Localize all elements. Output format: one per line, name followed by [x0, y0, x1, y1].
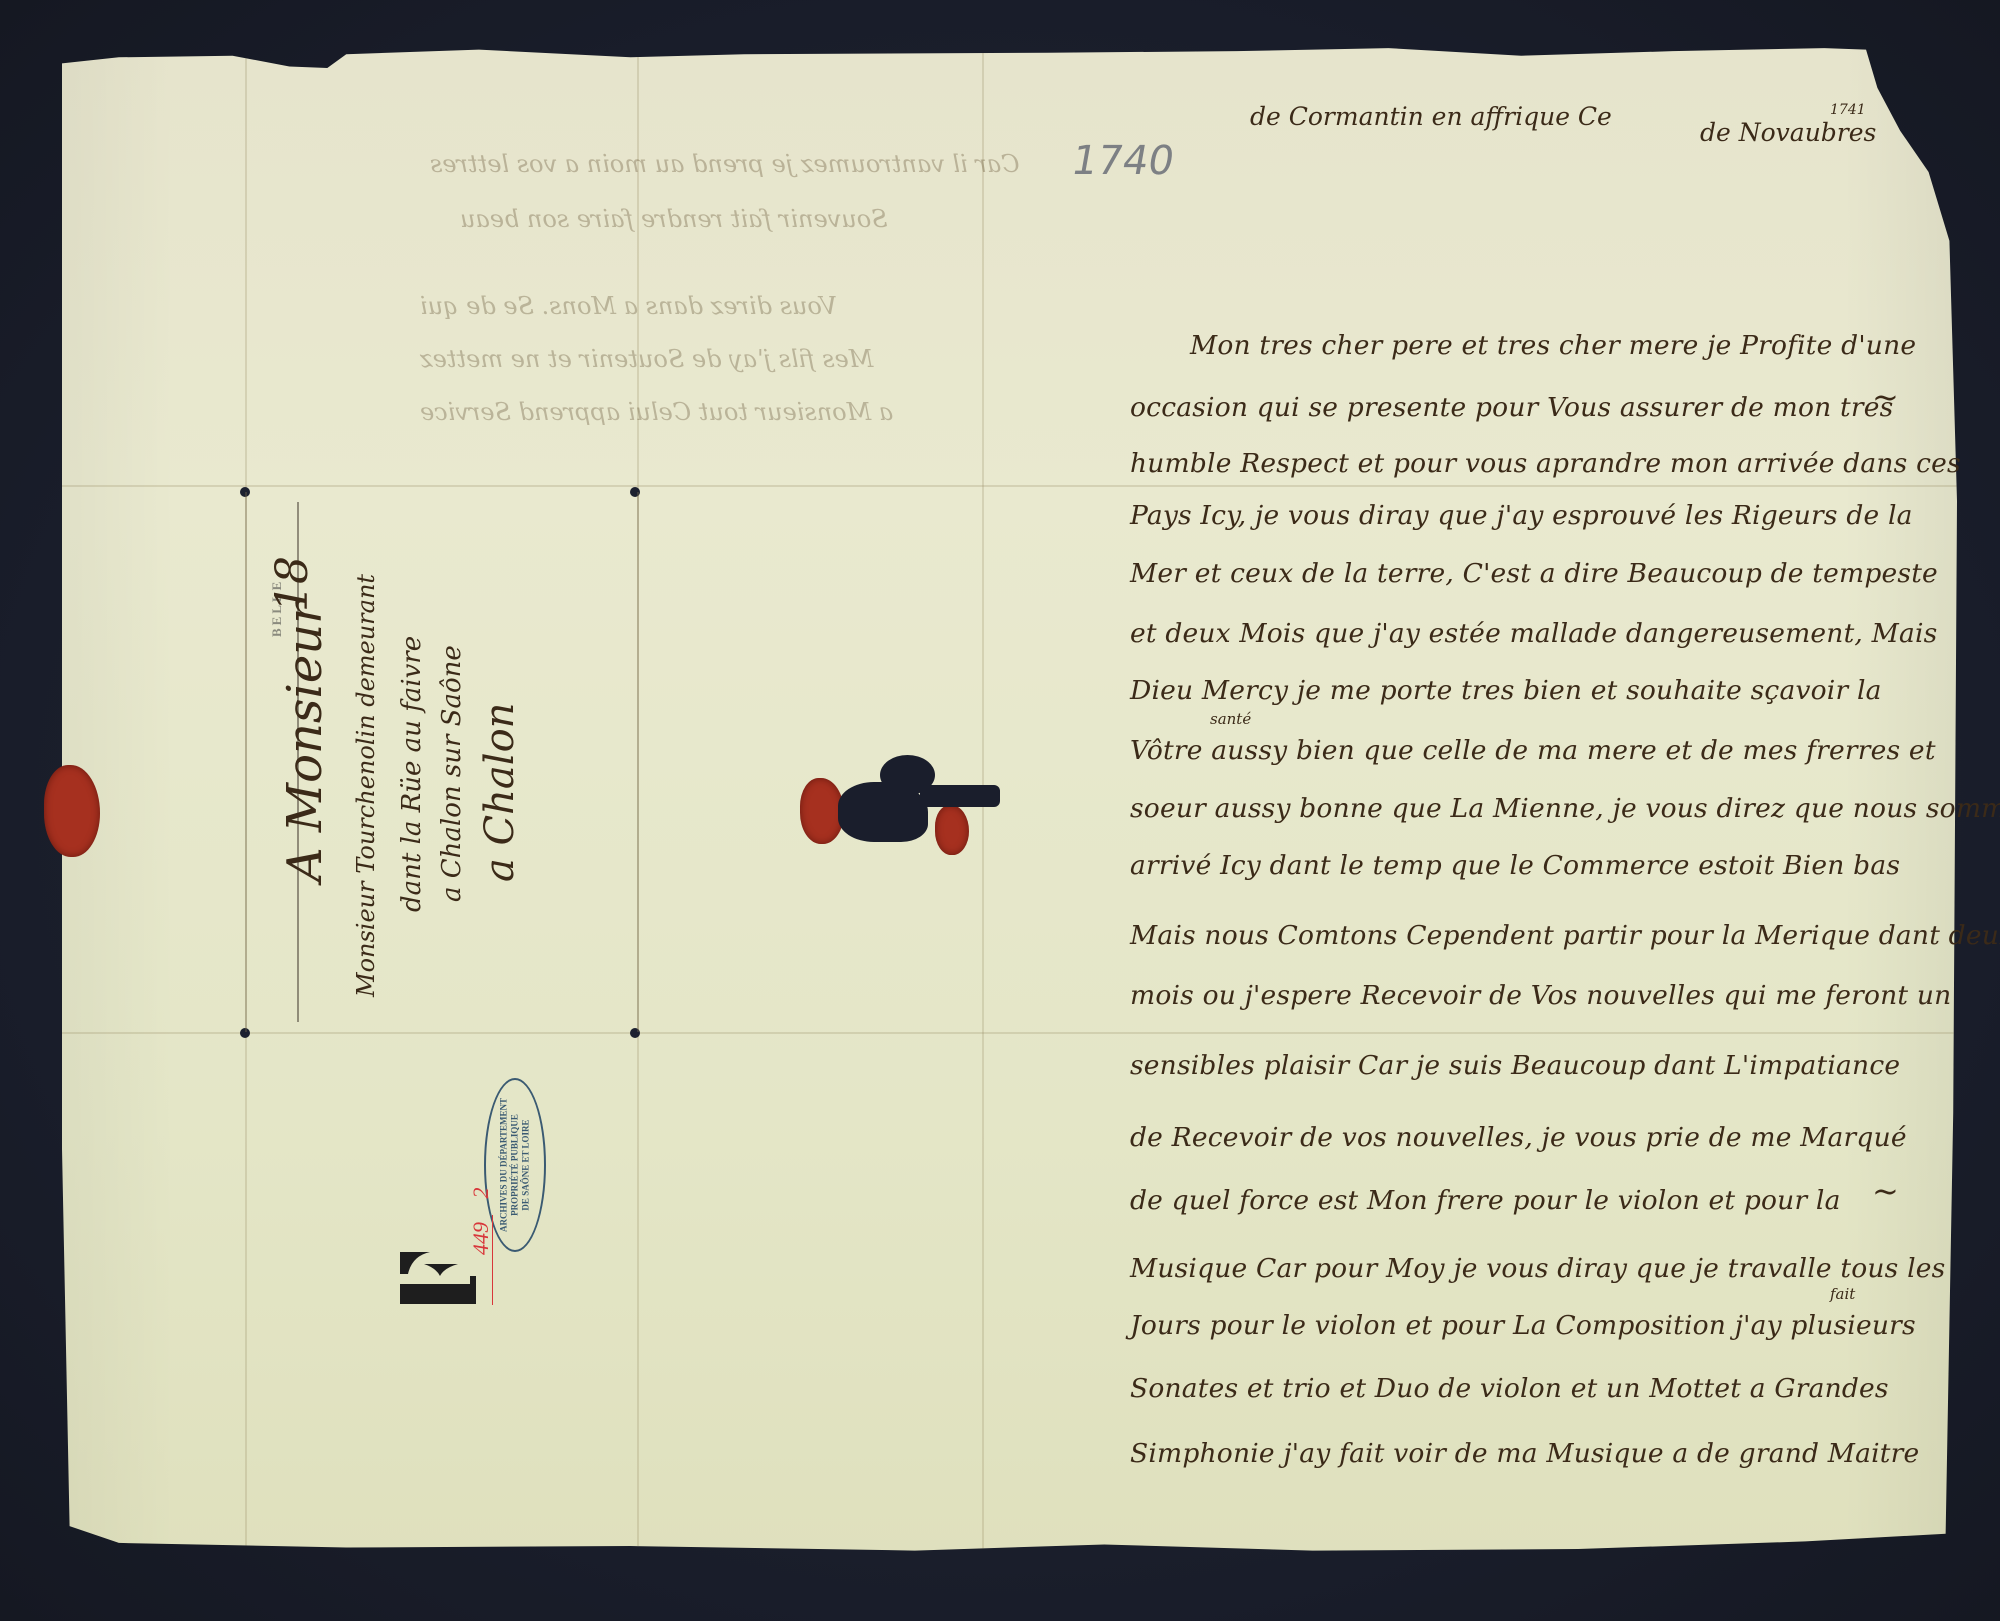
address-town: a Chalon sur Saône	[437, 645, 467, 902]
call-number: 449 2	[468, 1188, 494, 1256]
stamp-line-2: PROPRIÉTÉ PUBLIQUE	[510, 1085, 521, 1245]
body-line-9: soeur aussy bonne que La Mienne, je vous…	[1130, 793, 2000, 824]
body-line-7: Dieu Mercy je me porte tres bien et souh…	[1130, 675, 1882, 706]
bleed-through-line: Mes fils j'ay de Soutenir et ne mettez	[420, 345, 873, 373]
wax-seal-left	[44, 765, 100, 857]
fold-line-center	[982, 42, 984, 1572]
body-line-18: Sonates et trio et Duo de violon et un M…	[1130, 1373, 1889, 1404]
body-line-15: de quel force est Mon frere pour le viol…	[1130, 1185, 1841, 1216]
body-line-17: Jours pour le violon et pour La Composit…	[1130, 1310, 1916, 1341]
body-line-11: Mais nous Comtons Cependent partir pour …	[1130, 920, 2000, 951]
body-line-6: et deux Mois que j'ay estée mallade dang…	[1130, 618, 1937, 649]
archive-marker-icon	[398, 1250, 478, 1310]
body-line-12: mois ou j'espere Recevoir de Vos nouvell…	[1130, 980, 1951, 1011]
body-line-1: Mon tres cher pere et tres cher mere je …	[1190, 330, 1916, 361]
address-destination: a Chalon	[477, 703, 523, 882]
body-line-3: humble Respect et pour vous aprandre mon…	[1130, 448, 1961, 479]
bleed-through-line: Vous direz dans a Mons. Se de qui	[420, 292, 837, 320]
bleed-through-line: Car il vantroumez je prend au moin a vos…	[430, 150, 1020, 178]
line-filler-swash: ~	[1872, 1172, 1899, 1210]
body-line-19: Simphonie j'ay fait voir de ma Musique a…	[1130, 1438, 1919, 1469]
wax-seal-center-fragment	[935, 805, 969, 855]
bleed-through-line: a Monsieur tout Celui apprend Service	[420, 398, 893, 426]
address-street: dant la Rüe au faivre	[397, 636, 427, 912]
body-line-16: Musique Car pour Moy je vous diray que j…	[1130, 1253, 1945, 1284]
pencil-year-annotation: 1740	[1068, 138, 1178, 184]
body-line-10: arrivé Icy dant le temp que le Commerce …	[1130, 850, 1900, 881]
fold-line-top	[62, 485, 1957, 487]
body-line-8: Vôtre aussy bien que celle de ma mere et…	[1130, 735, 1936, 766]
address-salutation: A Monsieur	[277, 601, 333, 882]
letter-year: 1741	[1830, 102, 1866, 118]
fold-line-bottom	[62, 1032, 1957, 1034]
letter-month: de Novaubres	[1700, 118, 1876, 147]
address-recipient: Monsieur Tourchenolin demeurant	[352, 574, 380, 997]
body-line-4: Pays Icy, je vous diray que j'ay esprouv…	[1130, 500, 1913, 531]
address-panel: BELLE A Monsieur 18 Monsieur Tourchenoli…	[245, 492, 639, 1032]
body-line-5: Mer et ceux de la terre, C'est a dire Be…	[1130, 558, 1938, 589]
stamp-line-3: DE SAÔNE ET LOIRE	[521, 1085, 532, 1245]
bleed-through-line: Souvenir fait rendre faire son beau	[460, 205, 888, 233]
letter-place-line: de Cormantin en affrique Ce	[1250, 102, 1612, 131]
address-number: 18	[267, 556, 318, 612]
call-number-bottom: 2	[468, 1188, 493, 1199]
line-filler-swash: ~	[1872, 378, 1899, 416]
stamp-line-1: ARCHIVES DU DÉPARTEMENT	[499, 1085, 510, 1245]
interlinear-insertion: santé	[1210, 710, 1251, 728]
body-line-13: sensibles plaisir Car je suis Beaucoup d…	[1130, 1050, 1900, 1081]
torn-seal-hole	[920, 785, 1000, 807]
body-line-14: de Recevoir de vos nouvelles, je vous pr…	[1130, 1122, 1907, 1153]
body-line-2: occasion qui se presente pour Vous assur…	[1130, 392, 1893, 423]
interlinear-insertion: fait	[1830, 1285, 1855, 1303]
